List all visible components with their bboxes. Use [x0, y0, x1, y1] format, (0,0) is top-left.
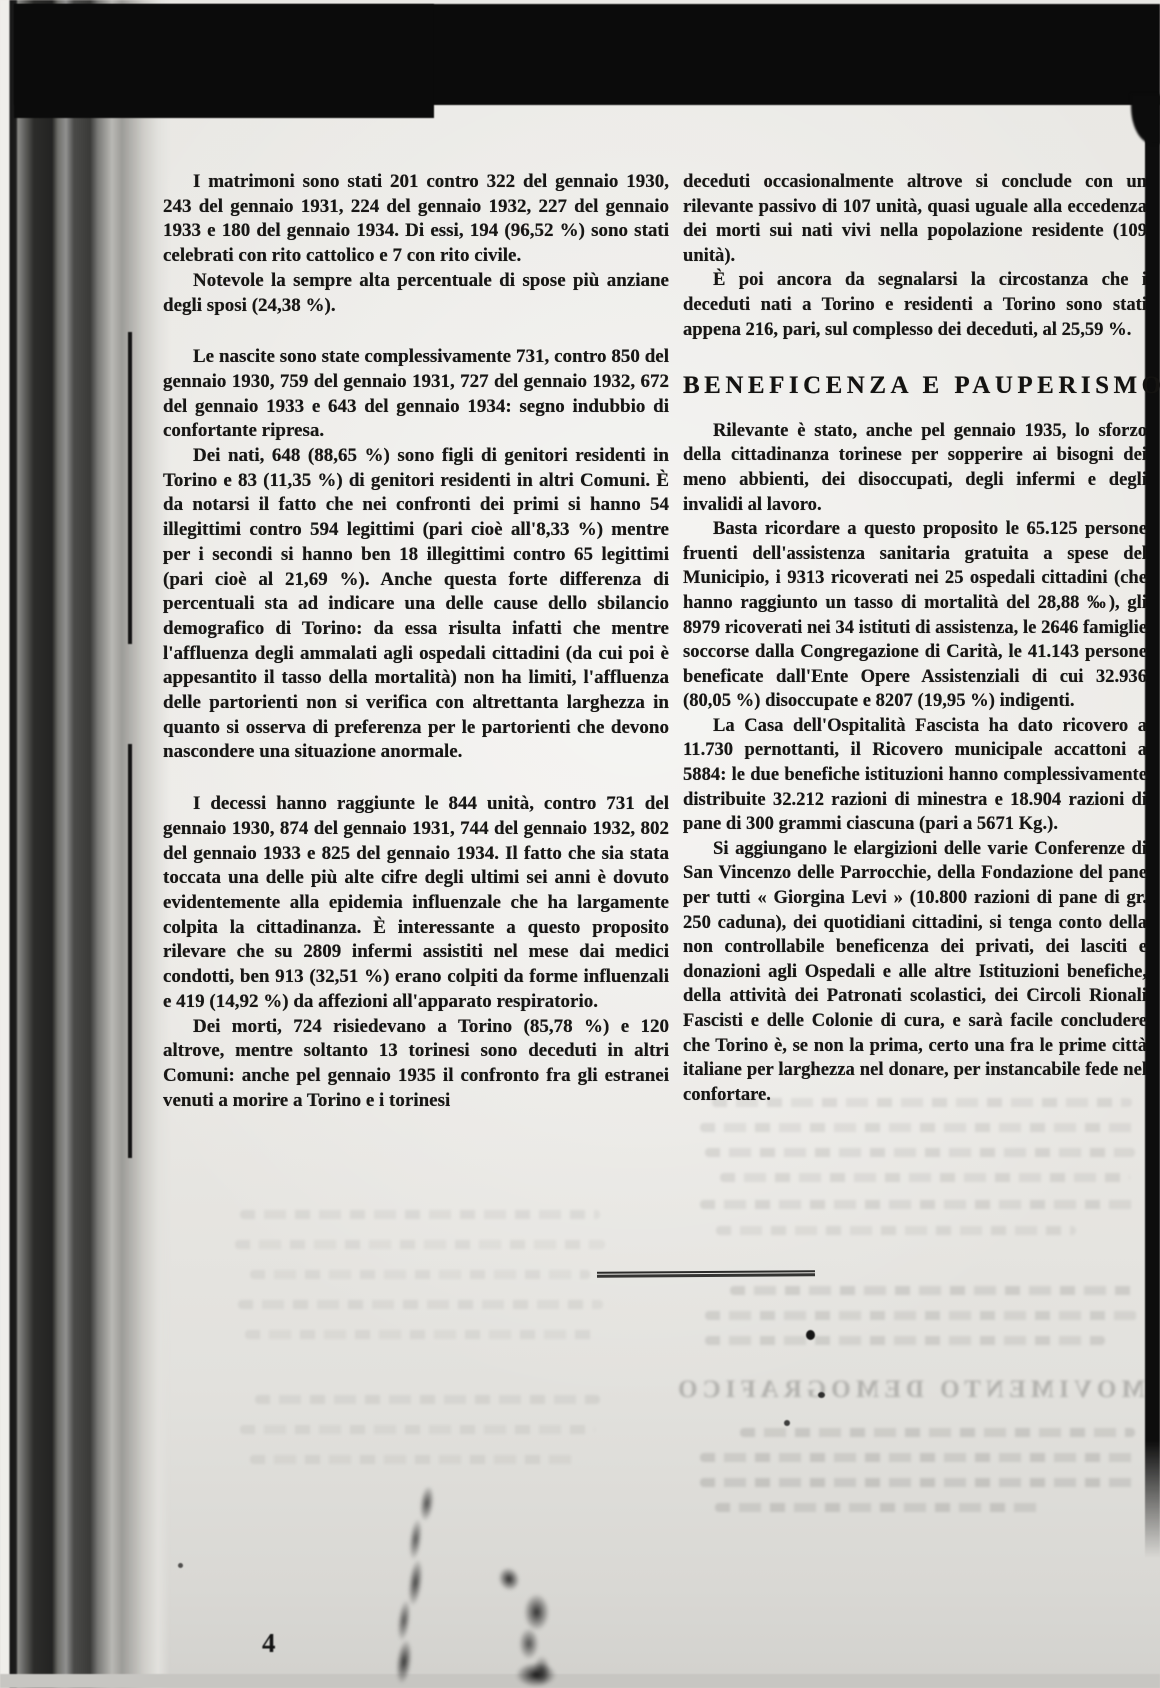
paragraph-deceduti-nati-torino: È poi ancora da segnalarsi la circostanz… — [683, 268, 1147, 342]
binding-crease-line — [128, 332, 132, 644]
ghost-text-line — [700, 1123, 1138, 1132]
ghost-text-line — [240, 1210, 600, 1219]
book-binding-gutter — [0, 0, 170, 1688]
ink-dot — [178, 1563, 183, 1568]
paragraph-decessi: I decessi hanno raggiunte le 844 unità, … — [163, 792, 669, 1014]
paragraph-spose: Notevole la sempre alta percentuale di s… — [163, 269, 669, 318]
scan-right-bar-curve — [1131, 94, 1160, 144]
ghost-text-line — [730, 1286, 1135, 1295]
ghost-text-line — [705, 1148, 1135, 1157]
ghost-text-line — [720, 1173, 1130, 1182]
scan-bottom-strip — [0, 1674, 1160, 1688]
ghost-text-line — [740, 1428, 1135, 1437]
scanned-document-page: MOVIMENTO DEMOGRAFICO I matrimoni sono s… — [0, 0, 1160, 1688]
ghost-text-line — [700, 1200, 1136, 1209]
paragraph-matrimoni: I matrimoni sono stati 201 contro 322 de… — [163, 170, 669, 269]
ink-dot — [818, 1392, 825, 1398]
right-text-column: deceduti occasionalmente altrove si conc… — [683, 170, 1147, 1107]
section-heading-beneficenza: BENEFICENZA E PAUPERISMO — [683, 374, 1147, 399]
left-text-column: I matrimoni sono stati 201 contro 322 de… — [163, 170, 669, 1113]
paragraph-nascite: Le nascite sono state complessivamente 7… — [163, 345, 669, 444]
ink-smear — [384, 1485, 443, 1688]
paragraph-ospitalita: La Casa dell'Ospitalità Fascista ha dato… — [683, 714, 1147, 837]
scan-top-black-bar-left — [14, 4, 434, 118]
ghost-text-line — [245, 1330, 595, 1339]
ink-dot — [784, 1420, 790, 1426]
page-number: 4 — [262, 1628, 276, 1659]
paragraph-nati: Dei nati, 648 (88,65 %) sono figli di ge… — [163, 444, 669, 765]
scan-right-black-bar — [1145, 96, 1160, 1558]
horizontal-divider-rule — [597, 1270, 815, 1278]
ghost-text-line — [240, 1425, 595, 1434]
ghost-text-line — [238, 1300, 603, 1309]
ghost-text-line — [255, 1395, 600, 1404]
ghost-text-line — [250, 1270, 590, 1279]
ghost-text-line — [700, 1453, 1135, 1462]
paragraph-assistenza: Basta ricordare a questo proposito le 65… — [683, 517, 1147, 714]
paragraph-morti: Dei morti, 724 risiedevano a Torino (85,… — [163, 1015, 669, 1114]
ghost-text-line — [715, 1503, 1045, 1512]
ink-blot — [505, 1652, 567, 1688]
ghost-text-line — [250, 1455, 580, 1464]
ghost-text-line — [705, 1336, 1105, 1345]
ghost-text-line — [705, 1311, 1137, 1320]
paragraph-rilevante: Rilevante è stato, anche pel gennaio 193… — [683, 419, 1147, 517]
ink-dot — [806, 1330, 815, 1340]
ghost-mirrored-heading: MOVIMENTO DEMOGRAFICO — [735, 1376, 1145, 1404]
ghost-text-line — [716, 1226, 1076, 1235]
paragraph-elargizioni: Si aggiungano le elargizioni delle varie… — [683, 837, 1147, 1108]
ghost-text-line — [235, 1240, 605, 1249]
binding-crease-line — [128, 744, 132, 1158]
paragraph-deceduti-altrove: deceduti occasionalmente altrove si conc… — [683, 170, 1147, 268]
ghost-text-line — [700, 1478, 1138, 1487]
